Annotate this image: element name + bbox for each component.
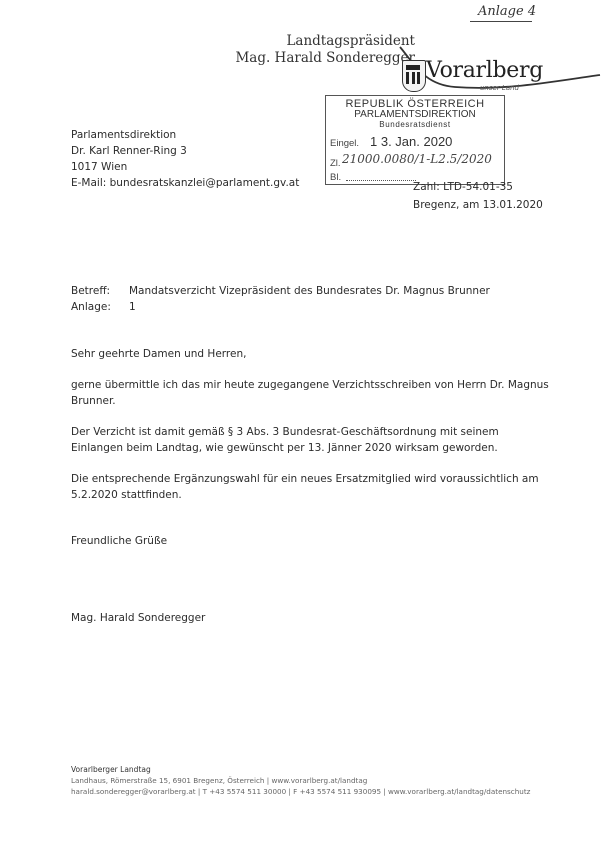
betreff-label: Betreff:	[71, 283, 129, 299]
letterhead-title: Landtagspräsident	[235, 33, 415, 50]
receipt-stamp: REPUBLIK ÖSTERREICH PARLAMENTSDIREKTION …	[325, 95, 505, 185]
reference-number: Zahl: LTD-54.01-35	[413, 181, 513, 193]
stamp-line-2: PARLAMENTSDIREKTION	[326, 109, 504, 120]
stamp-bl-line	[346, 180, 416, 181]
footer-address: Landhaus, Römerstraße 15, 6901 Bregenz, …	[71, 775, 530, 786]
paragraph-2: Der Verzicht ist damit gemäß § 3 Abs. 3 …	[71, 424, 551, 456]
anlage-value: 1	[129, 299, 136, 315]
letterhead-sender: Landtagspräsident Mag. Harald Sonderegge…	[235, 33, 415, 67]
stamp-zl-value: 21000.0080/1-L2.5/2020	[342, 152, 492, 166]
closing: Freundliche Grüße	[71, 533, 551, 549]
stamp-zl-label: Zl.	[330, 158, 341, 169]
paragraph-3: Die entsprechende Ergänzungswahl für ein…	[71, 471, 551, 503]
anlage-label: Anlage:	[71, 299, 129, 315]
footer-contact: harald.sonderegger@vorarlberg.at | T +43…	[71, 786, 530, 797]
address-line: Dr. Karl Renner-Ring 3	[71, 143, 299, 159]
salutation: Sehr geehrte Damen und Herren,	[71, 346, 551, 362]
address-line: 1017 Wien	[71, 159, 299, 175]
stamp-line-3: Bundesratsdienst	[326, 120, 504, 129]
letterhead-name: Mag. Harald Sonderegger	[235, 50, 415, 67]
coat-of-arms-icon	[402, 60, 426, 92]
footer-org: Vorarlberger Landtag	[71, 764, 530, 775]
brand-logo: Vorarlberg	[426, 58, 543, 83]
annotation-underline	[470, 21, 532, 22]
address-line: Parlamentsdirektion	[71, 127, 299, 143]
address-line: E-Mail: bundesratskanzlei@parlament.gv.a…	[71, 175, 299, 191]
subject-block: Betreff: Mandatsverzicht Vizepräsident d…	[71, 283, 551, 315]
signature-name: Mag. Harald Sonderegger	[71, 610, 551, 626]
brand-tagline: unser Land	[480, 84, 519, 92]
footer: Vorarlberger Landtag Landhaus, Römerstra…	[71, 764, 530, 797]
handwritten-annotation: Anlage 4	[478, 4, 536, 19]
letter-date: Bregenz, am 13.01.2020	[413, 199, 543, 211]
stamp-eingel-label: Eingel.	[330, 138, 359, 149]
paragraph-1: gerne übermittle ich das mir heute zugeg…	[71, 377, 551, 409]
recipient-address: Parlamentsdirektion Dr. Karl Renner-Ring…	[71, 127, 299, 191]
stamp-eingel-date: 1 3. Jan. 2020	[370, 134, 452, 149]
stamp-bl-label: Bl.	[330, 172, 341, 183]
betreff-value: Mandatsverzicht Vizepräsident des Bundes…	[129, 283, 490, 299]
